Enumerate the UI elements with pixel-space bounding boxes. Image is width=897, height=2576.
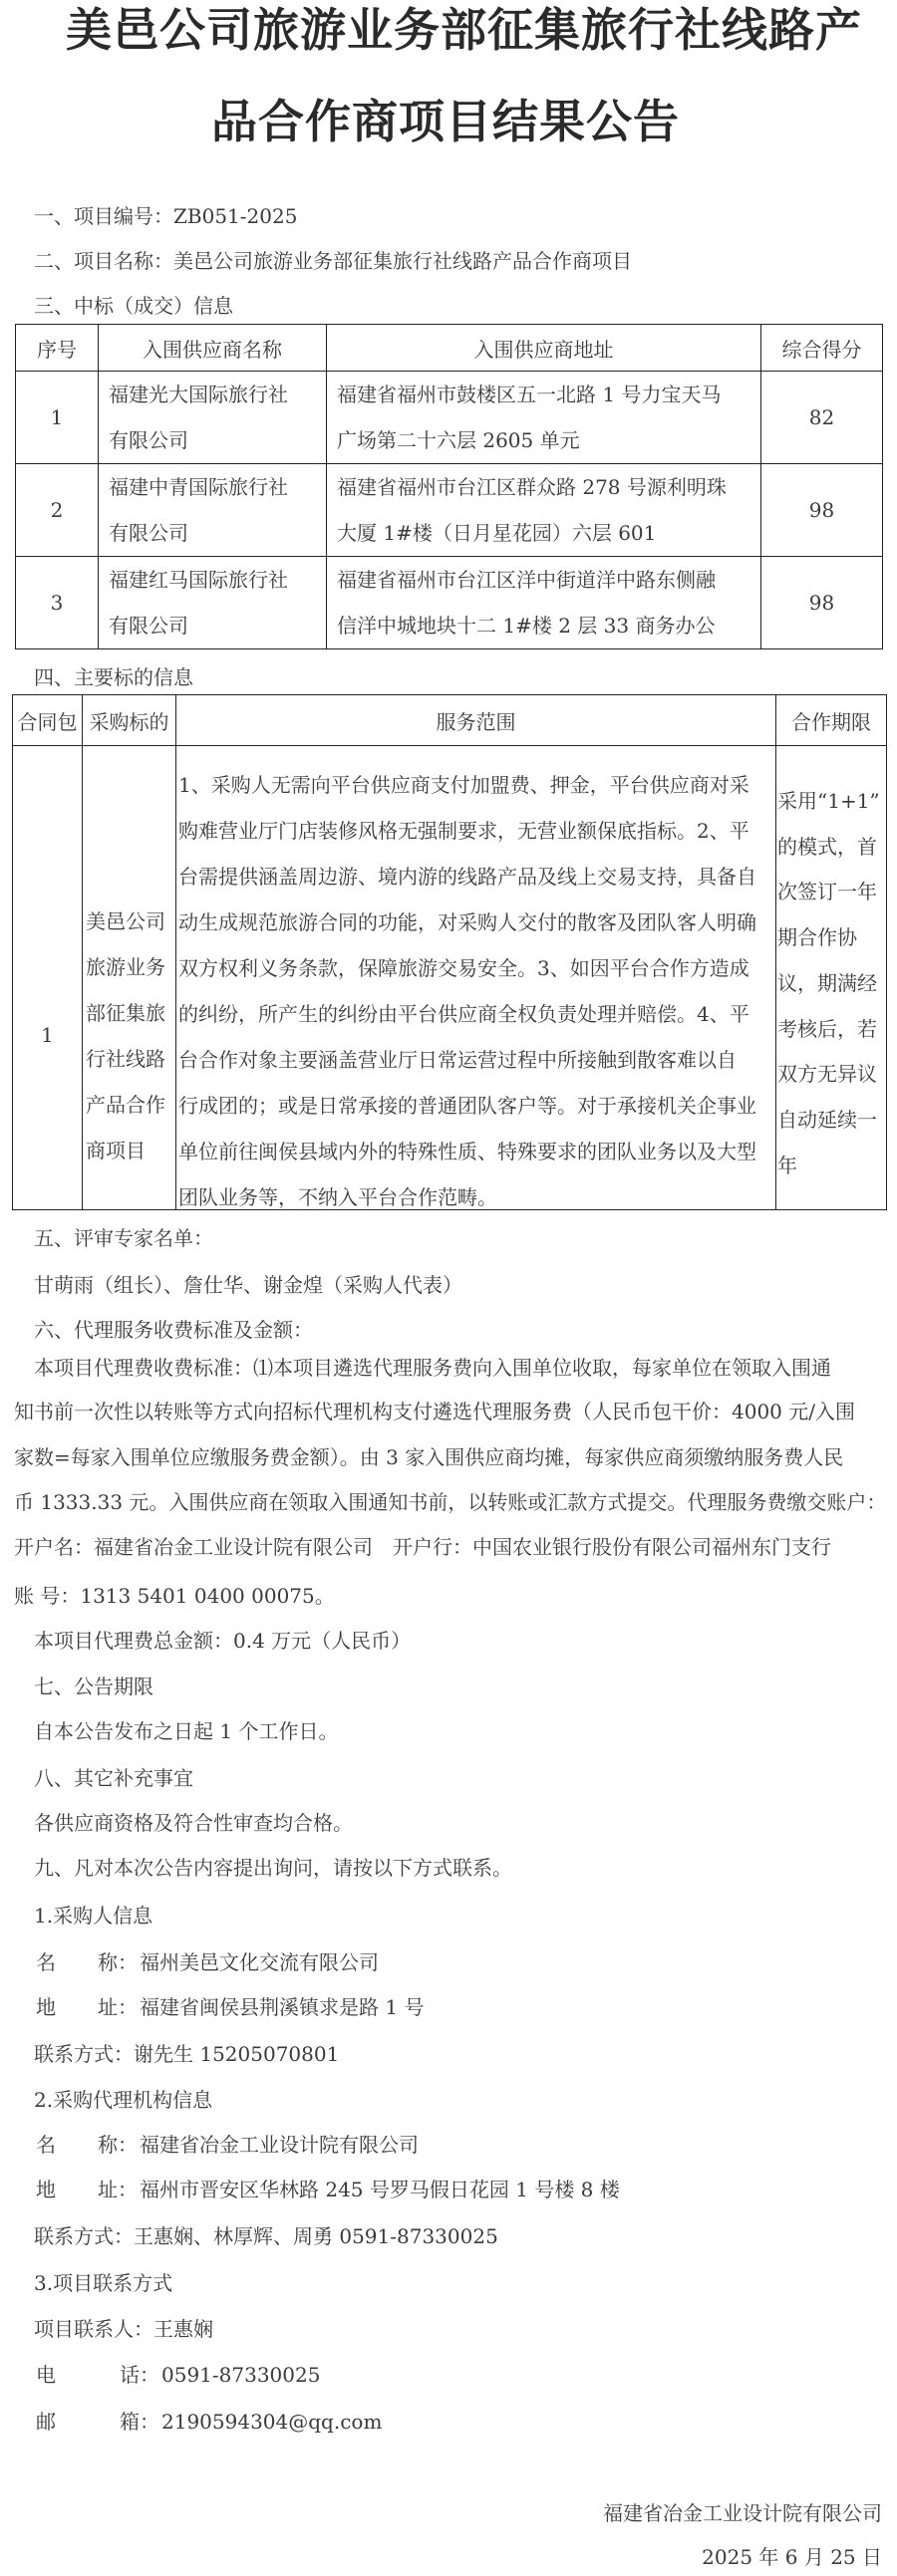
subject-line: 商项目	[86, 1138, 146, 1163]
purchaser-heading: 1.采购人信息	[34, 1903, 152, 1929]
supplier-score: 98	[761, 557, 883, 649]
header-cell-name: 入围供应商名称	[99, 325, 327, 372]
term-line: 次签订一年	[777, 879, 877, 904]
supplier-address-line-2: 大厦 1#楼（日月星花园）六层 601	[337, 510, 760, 556]
agency-address: 福州市晋安区华林路 245 号罗马假日花园 1 号楼 8 楼	[140, 2177, 620, 2202]
fee-paragraph-line: 家数=每家入围单位应缴服务费金额）。由 3 家入围供应商均摊，每家供应商须缴纳服…	[14, 1444, 843, 1470]
purchaser-address-label-b: 址：	[98, 1994, 138, 2020]
term-cell: 采用“1+1” 的模式，首 次签订一年 期合作协 议，期满经 考核后，若 双方无…	[776, 746, 887, 1210]
subject-line: 行社线路	[86, 1046, 165, 1072]
term-line: 考核后，若	[777, 1016, 877, 1042]
table-row: 3 福建红马国际旅行社有限公司 福建省福州市台江区洋中街道洋中路东侧融信洋中城地…	[16, 557, 883, 649]
scope-line: 购难营业厅门店装修风格无强制要求，无营业额保底指标。2、平	[178, 818, 749, 844]
term-line: 年	[777, 1153, 797, 1178]
supplier-name: 福建光大国际旅行社有限公司	[99, 372, 327, 464]
winners-table: 序号 入围供应商名称 入围供应商地址 综合得分 1 福建光大国际旅行社有限公司 …	[15, 324, 883, 649]
email-label-b: 箱：	[120, 2409, 159, 2435]
supplier-address-line-1: 福建省福州市台江区群众路 278 号源利明珠	[337, 464, 760, 510]
supplier-address-line-2: 广场第二十六层 2605 单元	[337, 417, 760, 463]
scope-line: 动生成规范旅游合同的功能，对采购人交付的散客及团队客人明确	[178, 909, 756, 935]
page-title-line-1: 美邑公司旅游业务部征集旅行社线路产	[66, 5, 862, 55]
section-heading-winners: 三、中标（成交）信息	[34, 293, 233, 319]
section-heading-period: 七、公告期限	[34, 1674, 153, 1699]
period-text: 自本公告发布之日起 1 个工作日。	[34, 1718, 338, 1744]
term-line: 期合作协	[777, 924, 857, 950]
row-no: 1	[16, 372, 99, 464]
section-heading-contact: 九、凡对本次公告内容提出询问，请按以下方式联系。	[34, 1855, 512, 1881]
supplier-name-line-2: 有限公司	[109, 510, 326, 556]
subject-table: 合同包 采购标的 服务范围 合作期限 1 美邑公司 旅游业务 部征集旅 行社线路…	[12, 694, 887, 1210]
scope-cell: 1、采购人无需向平台供应商支付加盟费、押金，平台供应商对采 购难营业厅门店装修风…	[176, 746, 776, 1210]
agency-heading: 2.采购代理机构信息	[34, 2087, 212, 2113]
term-line: 自动延续一	[777, 1107, 877, 1133]
header-cell-address: 入围供应商地址	[327, 325, 761, 372]
phone-label-b: 话：	[120, 2362, 159, 2388]
signature-org: 福建省冶金工业设计院有限公司	[603, 2500, 882, 2526]
fee-total: 本项目代理费总金额：0.4 万元（人民币）	[34, 1628, 411, 1654]
project-number: 一、项目编号：ZB051-2025	[34, 203, 297, 229]
supplier-address-line-2: 信洋中城地块十二 1#楼 2 层 33 商务办公	[337, 603, 760, 648]
term-line: 的模式，首	[777, 834, 877, 860]
fee-paragraph-line: 币 1333.33 元。入围供应商在领取入围通知书前，以转账或汇款方式提交。代理…	[14, 1489, 886, 1515]
scope-line: 台合作对象主要涵盖营业厅日常运营过程中所接触到散客难以自	[178, 1047, 737, 1073]
term-line: 双方无异议	[777, 1061, 877, 1087]
section-heading-subject: 四、主要标的信息	[34, 664, 193, 690]
supplier-address: 福建省福州市台江区群众路 278 号源利明珠大厦 1#楼（日月星花园）六层 60…	[327, 464, 761, 557]
table-row: 1 福建光大国际旅行社有限公司 福建省福州市鼓楼区五一北路 1 号力宝天马广场第…	[16, 372, 883, 464]
project-contact-person: 项目联系人：王惠娴	[34, 2316, 213, 2342]
supplier-name-line-1: 福建中青国际旅行社	[109, 464, 326, 510]
scope-line: 团队业务等，不纳入平台合作范畴。	[178, 1184, 497, 1210]
subject-line: 部征集旅	[86, 1000, 165, 1026]
supplier-name: 福建红马国际旅行社有限公司	[99, 557, 327, 649]
section-heading-other: 八、其它补充事宜	[34, 1765, 193, 1791]
agency-address-label-b: 址：	[98, 2177, 138, 2202]
package-cell: 1	[13, 746, 83, 1210]
header-cell-no: 序号	[16, 325, 99, 372]
page-title-line-2: 品合作商项目结果公告	[211, 97, 680, 146]
scope-line: 台需提供涵盖周边游、境内游的线路产品及线上交易支持，具备自	[178, 864, 756, 890]
header-cell-subject: 采购标的	[83, 695, 176, 746]
table-row: 2 福建中青国际旅行社有限公司 福建省福州市台江区群众路 278 号源利明珠大厦…	[16, 464, 883, 557]
winners-table-header: 序号 入围供应商名称 入围供应商地址 综合得分	[16, 325, 883, 372]
supplier-address: 福建省福州市鼓楼区五一北路 1 号力宝天马广场第二十六层 2605 单元	[327, 372, 761, 464]
header-cell-package: 合同包	[13, 695, 83, 746]
project-name: 二、项目名称：美邑公司旅游业务部征集旅行社线路产品合作商项目	[34, 248, 632, 274]
row-no: 2	[16, 464, 99, 557]
row-no: 3	[16, 557, 99, 649]
email-label-a: 邮	[36, 2409, 56, 2435]
purchaser-name-label-b: 称：	[98, 1949, 138, 1975]
agency-address-label-a: 地	[36, 2177, 56, 2202]
section-heading-experts: 五、评审专家名单：	[34, 1225, 213, 1251]
purchaser-address-label-a: 地	[36, 1994, 56, 2020]
supplier-name-line-1: 福建光大国际旅行社	[109, 372, 326, 417]
package-number: 1	[13, 1022, 82, 1048]
supplier-name: 福建中青国际旅行社有限公司	[99, 464, 327, 557]
scope-line: 双方权利义务条款，保障旅游交易安全。3、如因平台合作方造成	[178, 955, 749, 981]
agency-name-label-b: 称：	[98, 2132, 138, 2158]
header-cell-score: 综合得分	[761, 325, 883, 372]
project-contact-heading: 3.项目联系方式	[34, 2270, 172, 2296]
scope-line: 的纠纷，所产生的纠纷由平台供应商全权负责处理并赔偿。4、平	[178, 1001, 749, 1027]
supplier-address: 福建省福州市台江区洋中街道洋中路东侧融信洋中城地块十二 1#楼 2 层 33 商…	[327, 557, 761, 649]
header-cell-term: 合作期限	[776, 695, 887, 746]
agency-contact: 联系方式：王惠娴、林厚辉、周勇 0591-87330025	[34, 2223, 498, 2249]
purchaser-name: 福州美邑文化交流有限公司	[140, 1949, 379, 1975]
supplier-score: 98	[761, 464, 883, 557]
subject-line: 美邑公司	[86, 908, 165, 934]
fee-account-line: 开户名：福建省冶金工业设计院有限公司 开户行：中国农业银行股份有限公司福州东门支…	[14, 1534, 831, 1560]
signature-date: 2025 年 6 月 25 日	[702, 2544, 882, 2570]
phone-number: 0591-87330025	[161, 2362, 320, 2388]
other-text: 各供应商资格及符合性审查均合格。	[34, 1810, 353, 1836]
supplier-address-line-1: 福建省福州市鼓楼区五一北路 1 号力宝天马	[337, 372, 760, 417]
term-line: 采用“1+1”	[777, 788, 880, 814]
phone-label-a: 电	[36, 2362, 56, 2388]
header-cell-scope: 服务范围	[176, 695, 776, 746]
table-row: 1 美邑公司 旅游业务 部征集旅 行社线路 产品合作 商项目 1、采购人无需向平…	[13, 746, 887, 1210]
purchaser-address: 福建省闽侯县荆溪镇求是路 1 号	[140, 1994, 424, 2020]
scope-line: 1、采购人无需向平台供应商支付加盟费、押金，平台供应商对采	[178, 772, 749, 798]
subject-cell: 美邑公司 旅游业务 部征集旅 行社线路 产品合作 商项目	[83, 746, 176, 1210]
supplier-score: 82	[761, 372, 883, 464]
supplier-address-line-1: 福建省福州市台江区洋中街道洋中路东侧融	[337, 557, 760, 603]
supplier-name-line-2: 有限公司	[109, 603, 326, 648]
scope-line: 行成团的；或是日常承接的普通团队客户等。对于承接机关企事业	[178, 1093, 756, 1119]
supplier-name-line-2: 有限公司	[109, 417, 326, 463]
purchaser-name-label-a: 名	[36, 1949, 56, 1975]
fee-paragraph-line: 本项目代理费收费标准：⑴本项目遴选代理服务费向入围单位收取，每家单位在领取入围通	[34, 1355, 831, 1381]
term-line: 议，期满经	[777, 970, 877, 996]
subject-table-header: 合同包 采购标的 服务范围 合作期限	[13, 695, 887, 746]
section-heading-fee: 六、代理服务收费标准及金额：	[34, 1317, 313, 1343]
purchaser-contact: 联系方式：谢先生 15205070801	[34, 2041, 339, 2067]
fee-account-number: 账 号：1313 5401 0400 00075。	[14, 1583, 335, 1609]
agency-name: 福建省冶金工业设计院有限公司	[140, 2132, 419, 2158]
subject-line: 产品合作	[86, 1092, 165, 1118]
email-address: 2190594304@qq.com	[161, 2409, 382, 2435]
supplier-name-line-1: 福建红马国际旅行社	[109, 557, 326, 603]
experts-list: 甘萌雨（组长）、詹仕华、谢金煌（采购人代表）	[34, 1272, 462, 1298]
subject-line: 旅游业务	[86, 954, 165, 980]
scope-line: 单位前往闽侯县域内外的特殊性质、特殊要求的团队业务以及大型	[178, 1139, 756, 1164]
agency-name-label-a: 名	[36, 2132, 56, 2158]
fee-paragraph-line: 知书前一次性以转账等方式向招标代理机构支付遴选代理服务费（人民币包干价：4000…	[14, 1399, 855, 1424]
